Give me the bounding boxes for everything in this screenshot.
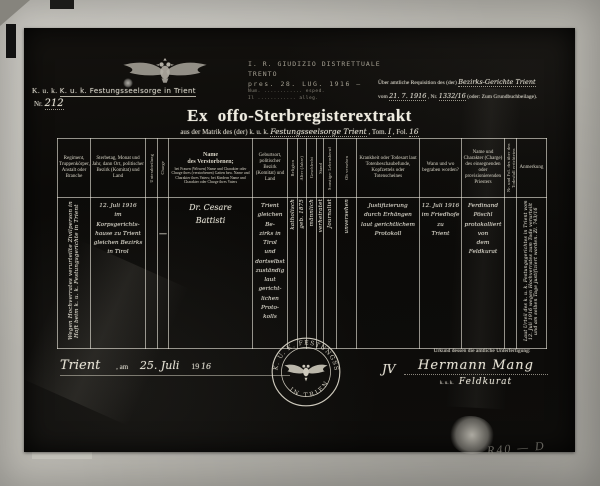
receipt-stamp: I. R. GIUDIZIO DISTRETTUALE TRENTO pres.…: [248, 60, 398, 103]
header-geburtsort: Geburtsort, politischer Bezirk (Komitat)…: [253, 139, 288, 198]
cell-begraben: 12. Juli 1916 im Friedhofe zu Trient: [420, 198, 462, 349]
cell-protokoll: [505, 198, 517, 349]
tom-label: , Tom.: [368, 128, 386, 136]
requisition-date-handwritten: 21. 7. 1916: [389, 92, 426, 101]
place-date-line: Trient , am 25. Juli 19 16: [60, 358, 290, 376]
header-regiment: Regiment, Truppenkörper, Anstalt oder Br…: [58, 139, 91, 198]
header-stand: Stand: [317, 139, 324, 198]
header-beruf-text: Sonstiger Lebensberuf: [327, 147, 332, 190]
receipt-stamp-num: Num. ............ esped.: [248, 89, 398, 96]
cell-stand: verheiratet: [317, 198, 324, 349]
cell-unterabteilung: [146, 198, 158, 349]
cell-charge: —: [158, 198, 169, 349]
requisition-nr-handwritten: 1332/16: [439, 92, 466, 101]
requisition-vom-label: vom: [378, 94, 388, 100]
header-protokoll-text: Nr. und Fol. des über den Todesfall erri…: [506, 141, 517, 195]
rank-prefix: k. u. k.: [440, 381, 454, 386]
imperial-double-eagle-icon: [110, 58, 220, 84]
header-name-main: Name des Verstorbenen;: [187, 152, 233, 165]
cell-beruf-text: Journalist: [327, 199, 333, 228]
clipped-corner: [0, 0, 30, 26]
cell-geschlecht: männlich: [307, 198, 317, 349]
film-edge-mark: [6, 24, 16, 58]
requisition-office-handwritten: Bezirks-Gerichte Trient: [458, 78, 535, 87]
letterhead-line: K. u. k. K. u. k. Festungsseelsorge in T…: [32, 86, 196, 95]
cell-versehen-text: unversehen: [344, 199, 350, 234]
requisition-prefix: Über amtliche Requisition des (der): [378, 80, 457, 86]
film-edge-tab: [50, 0, 74, 9]
rank-handwritten: Feldkurat: [459, 377, 512, 387]
header-name: Name des Verstorbenen; bei Frauen (Witwe…: [169, 139, 253, 198]
receipt-stamp-office: I. R. GIUDIZIO DISTRETTUALE TRENTO: [248, 60, 398, 80]
cell-krankheit-text: Justifizierung durch Erhängen laut geric…: [358, 199, 418, 239]
header-geschlecht: Geschlecht: [307, 139, 317, 198]
fol-label: , Fol.: [393, 128, 408, 136]
death-register-table: Regiment, Truppenkörper, Anstalt oder Br…: [57, 138, 547, 349]
header-sterbetag: Sterbetag, Monat und Jahr, dann Ort, pol…: [91, 139, 146, 198]
signature-initials: JV: [382, 362, 395, 376]
cell-sterbetag-text: 12. Juli 1916 im Korpsgerichts- hause zu…: [92, 199, 144, 258]
requisition-suffix: (oder: Zum Grundbuchbeilage).: [467, 94, 537, 100]
unit-stamp-text: K. u. k. Festungsseelsorge in Trient: [60, 87, 196, 97]
header-unterabteilung-text: Unterabteilung: [149, 154, 154, 183]
place-handwritten: Trient: [60, 358, 100, 373]
requisition-nr-label: , Nr.: [428, 94, 438, 100]
header-anmerkung: Anmerkung: [517, 139, 547, 198]
photograph-of-death-register-extract: 18/2 K. u. k.: [0, 0, 600, 486]
header-religion-text: Religion: [290, 160, 295, 176]
header-beruf: Sonstiger Lebensberuf: [324, 139, 337, 198]
tom-value-handwritten: I: [388, 127, 391, 137]
header-begraben: Wann und wo begraben worden?: [420, 139, 462, 198]
header-religion: Religion: [288, 139, 298, 198]
document-negative: K. u. k. K. u. k. Festungsseelsorge in T…: [24, 28, 575, 452]
record-row: Wegen Hochverrates verurteilte Zivilpers…: [58, 198, 547, 349]
page-title: Ex offo-Sterbregisterextrakt: [24, 106, 575, 126]
cell-geburtsort: Trient gleichen Be- zirks in Tirol und d…: [253, 198, 288, 349]
cell-religion: katholisch: [288, 198, 298, 349]
cell-name-text: Dr. Cesare Battisti: [170, 199, 251, 228]
header-priester: Name und Charakter (Charge) des einsegne…: [462, 139, 505, 198]
year-printed: 19: [191, 362, 199, 371]
cell-priester: Ferdinand Pöschl protokolliert von dem F…: [462, 198, 505, 349]
am-label: , am: [116, 363, 128, 371]
header-alter: Alter (Jahre): [298, 139, 307, 198]
cell-regiment: Wegen Hochverrates verurteilte Zivilpers…: [58, 198, 91, 349]
cell-alter: geb. 1875: [298, 198, 307, 349]
cell-begraben-text: 12. Juli 1916 im Friedhofe zu Trient: [421, 199, 460, 239]
cell-anmerkung: Laut Urteil des k. u. k. Festungsgericht…: [517, 198, 547, 349]
cell-name: Dr. Cesare Battisti: [169, 198, 253, 349]
cell-versehen: unversehen: [337, 198, 357, 349]
cell-beruf: Journalist: [324, 198, 337, 349]
rank-line: k. u. k. Feldkurat: [376, 377, 576, 387]
header-versehen-text: Ob versehen: [344, 156, 349, 180]
cell-krankheit: Justifizierung durch Erhängen laut geric…: [357, 198, 420, 349]
cell-religion-text: katholisch: [290, 199, 296, 230]
header-versehen: Ob versehen: [337, 139, 357, 198]
cell-geburtsort-text: Trient gleichen Be- zirks in Tirol und d…: [254, 199, 286, 322]
header-geschlecht-text: Geschlecht: [309, 157, 314, 178]
receipt-stamp-alleg: Il ............ alleg.: [248, 96, 398, 103]
registry-name-handwritten: Festungsseelsorge Trient: [270, 127, 366, 137]
header-charge-text: Charge: [160, 161, 165, 175]
cell-alter-text: geb. 1875: [299, 199, 305, 229]
letterhead-prefix: K. u. k.: [32, 86, 58, 95]
signature-block: JV Hermann Mang k. u. k. Feldkurat: [376, 356, 576, 387]
requisition-note: Über amtliche Requisition des (der) Bezi…: [378, 76, 570, 103]
header-alter-text: Alter (Jahre): [299, 156, 304, 180]
photo-card-border: 18/2 K. u. k.: [0, 0, 600, 486]
fol-value-handwritten: 16: [409, 127, 419, 137]
subtitle-line: aus der Matrik des (der) k. u. k. Festun…: [24, 127, 575, 136]
cell-unterabteilung-text: [147, 199, 156, 202]
subtitle-prefix: aus der Matrik des (der) k. u. k.: [180, 128, 268, 136]
header-krankheit: Krankheit oder Todesart laut Totenbescha…: [357, 139, 420, 198]
cell-sterbetag: 12. Juli 1916 im Korpsgerichts- hause zu…: [91, 198, 146, 349]
attestation-line: Urkund dessen die amtliche Unterfertigun…: [392, 348, 572, 354]
cell-stand-text: verheiratet: [318, 199, 324, 232]
cell-geschlecht-text: männlich: [309, 199, 315, 226]
header-charge: Charge: [158, 139, 169, 198]
header-unterabteilung: Unterabteilung: [146, 139, 158, 198]
header-row: Regiment, Truppenkörper, Anstalt oder Br…: [58, 139, 547, 198]
official-seal-icon: K. U. K. FESTUNGSSEELSORGE IN TRIENT: [270, 336, 342, 408]
date-handwritten: 25. Juli: [140, 359, 180, 372]
header-name-sub: bei Frauen (Witwen) Name und Charakter o…: [170, 167, 251, 184]
receipt-stamp-date: pres. 28. LUG. 1916 —: [248, 80, 398, 90]
cell-charge-text: —: [159, 199, 167, 238]
cell-regiment-text: Wegen Hochverrates verurteilte Zivilpers…: [68, 199, 80, 343]
cell-protokoll-text: [506, 199, 515, 202]
header-protokoll: Nr. und Fol. des über den Todesfall erri…: [505, 139, 517, 198]
year-handwritten: 16: [201, 362, 211, 371]
signature-handwritten: Hermann Mang: [404, 356, 548, 375]
cell-priester-text: Ferdinand Pöschl protokolliert von dem F…: [463, 199, 503, 258]
cell-anmerkung-text: Laut Urteil des k. u. k. Festungsgericht…: [524, 199, 539, 343]
header-stand-text: Stand: [318, 163, 323, 174]
